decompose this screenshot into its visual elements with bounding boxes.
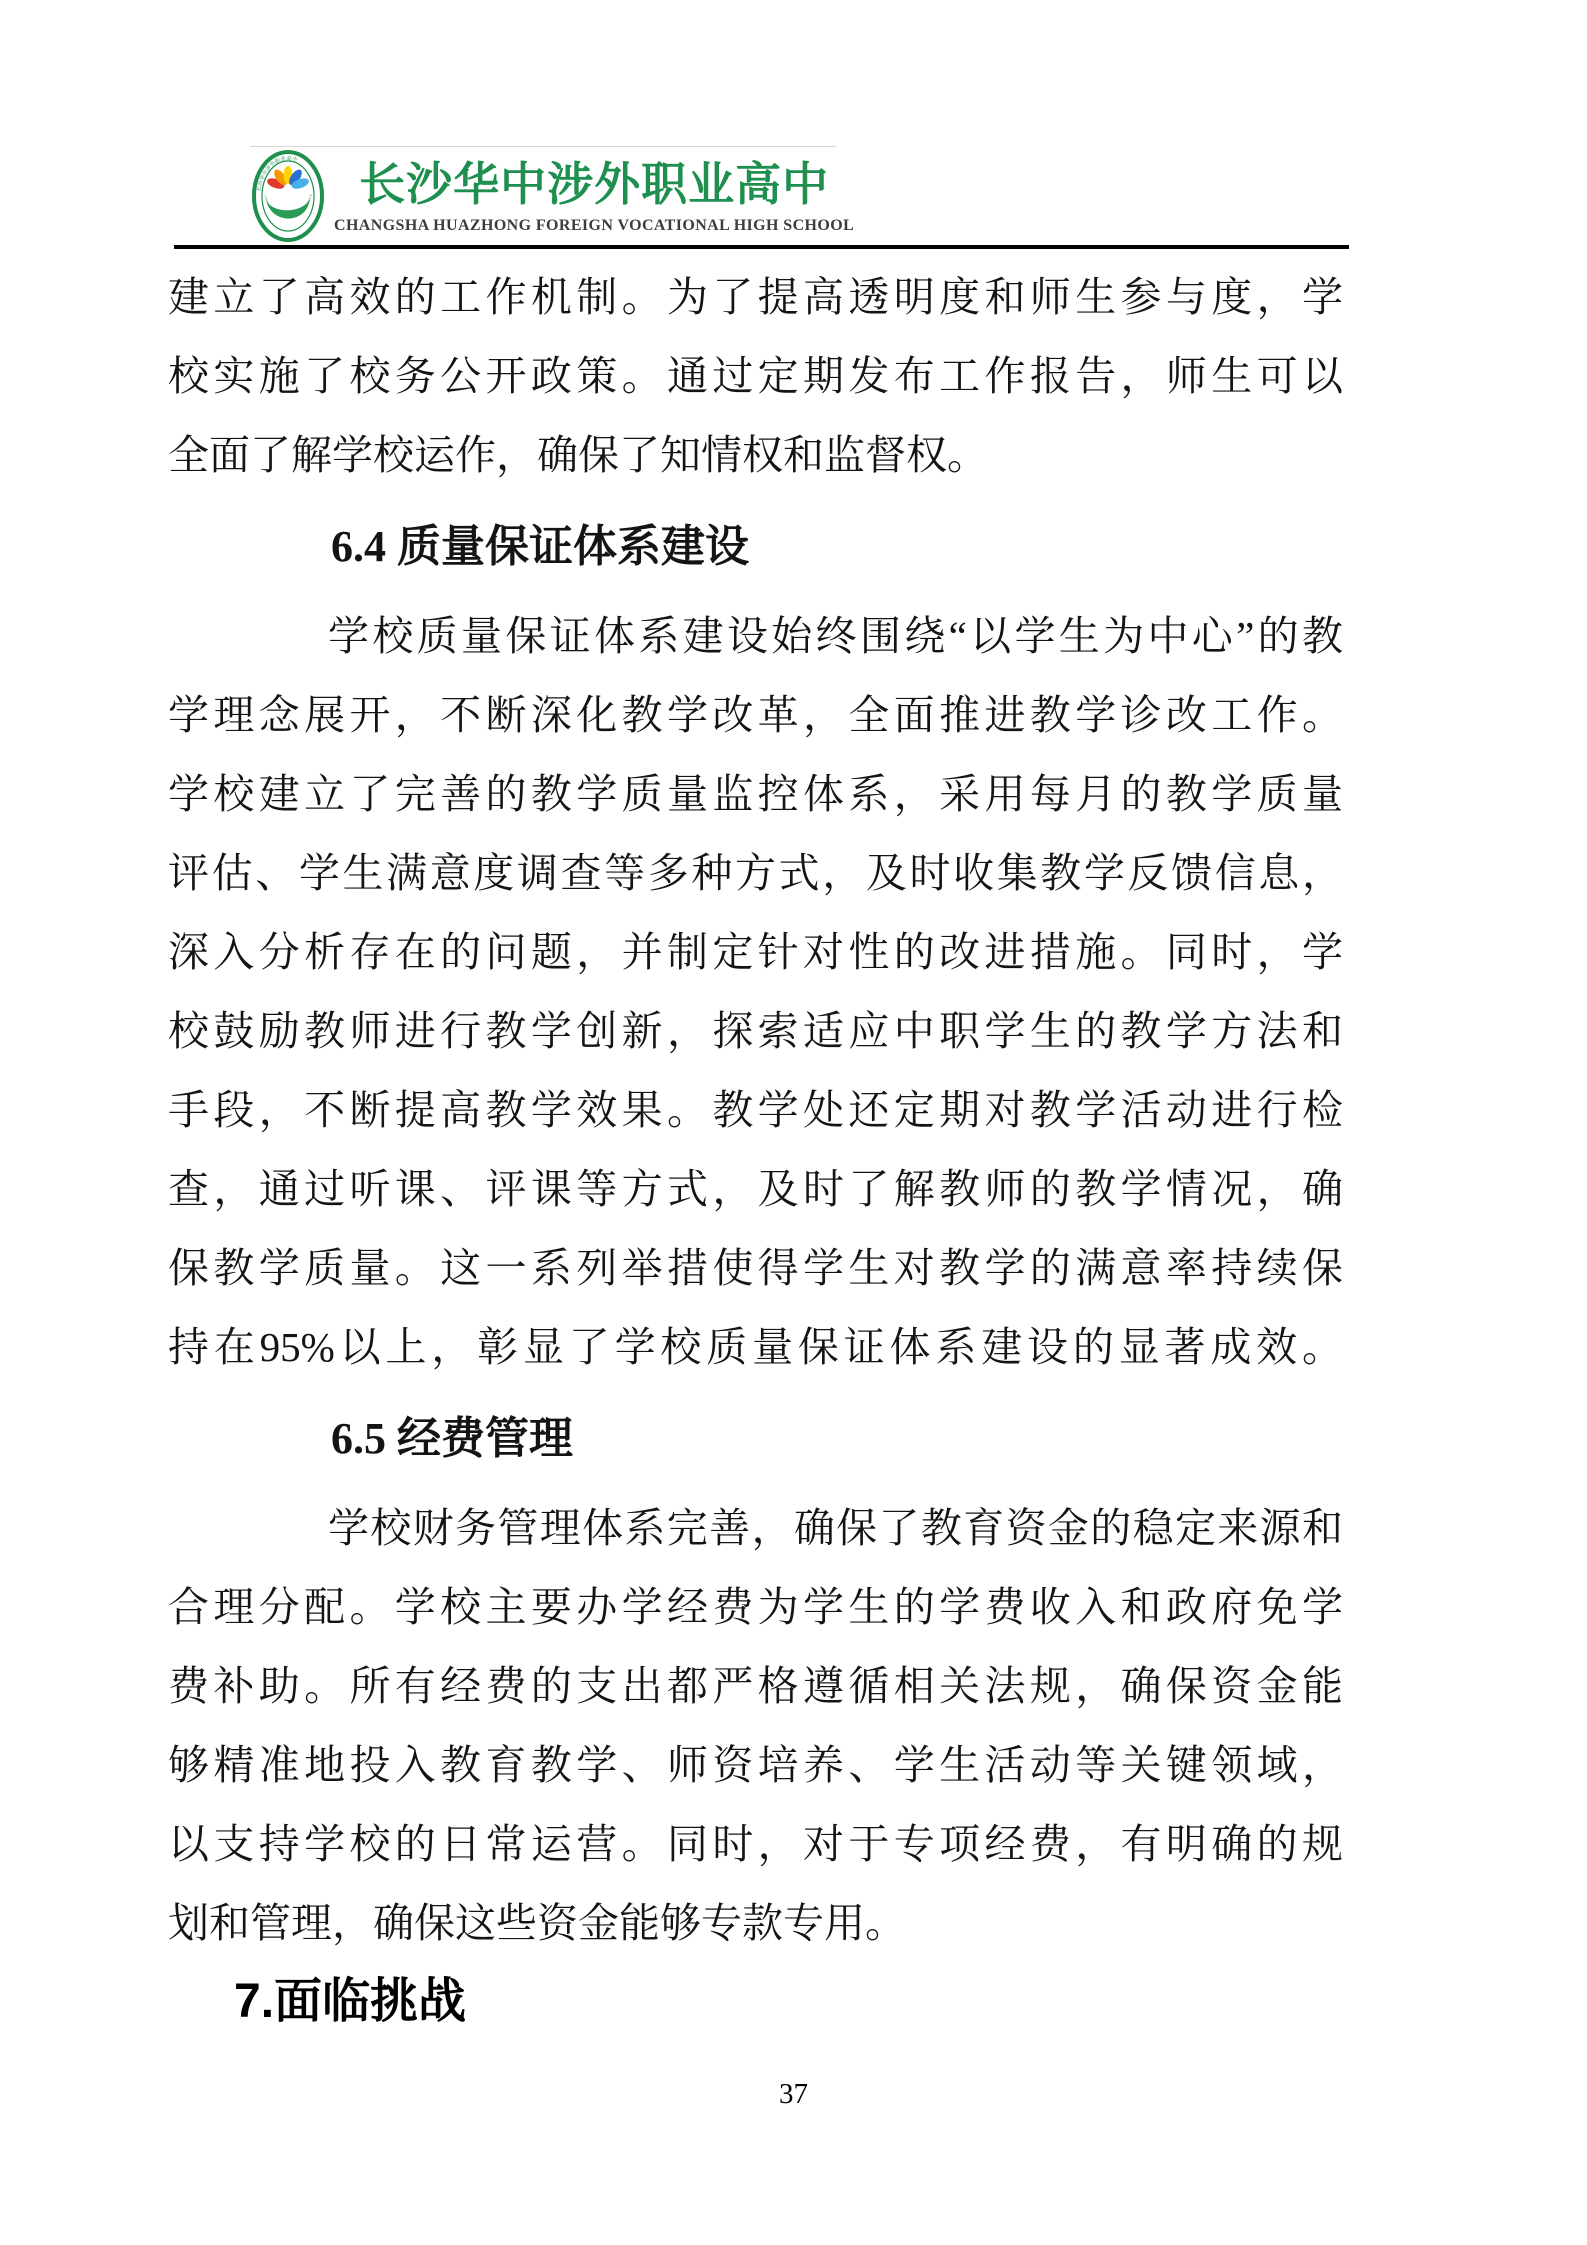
body-text-line: 深入分析存在的问题，并制定针对性的改进措施。同时，学 — [168, 913, 1343, 992]
section-heading: 6.4 质量保证体系建设 — [168, 507, 1343, 587]
section-heading: 7.面临挑战 — [168, 1969, 1343, 2035]
body-text-line: 够精准地投入教育教学、师资培养、学生活动等关键领域， — [168, 1726, 1343, 1805]
body-text-line: 查，通过听课、评课等方式，及时了解教师的教学情况，确 — [168, 1150, 1343, 1229]
body-text-line: 费补助。所有经费的支出都严格遵循相关法规，确保资金能 — [168, 1647, 1343, 1726]
school-name-cn: 长沙华中涉外职业高中 — [334, 155, 854, 215]
document-body: 建立了高效的工作机制。为了提高透明度和师生参与度，学校实施了校务公开政策。通过定… — [168, 258, 1343, 2035]
body-text-line: 评估、学生满意度调查等多种方式，及时收集教学反馈信息， — [168, 834, 1343, 913]
body-text-line: 全面了解学校运作，确保了知情权和监督权。 — [168, 416, 1343, 495]
body-text-line: 合理分配。学校主要办学经费为学生的学费收入和政府免学 — [168, 1568, 1343, 1647]
section-heading: 6.5 经费管理 — [168, 1399, 1343, 1479]
body-text-line: 持在95%以上，彰显了学校质量保证体系建设的显著成效。 — [168, 1308, 1343, 1387]
body-text-line: 保教学质量。这一系列举措使得学生对教学的满意率持续保 — [168, 1229, 1343, 1308]
paragraph: 学校财务管理体系完善，确保了教育资金的稳定来源和合理分配。学校主要办学经费为学生… — [168, 1489, 1343, 1963]
header-divider — [174, 245, 1349, 249]
school-name-en: CHANGSHA HUAZHONG FOREIGN VOCATIONAL HIG… — [334, 215, 854, 237]
body-text-line: 划和管理，确保这些资金能够专款专用。 — [168, 1884, 1343, 1963]
body-text-line: 学校财务管理体系完善，确保了教育资金的稳定来源和 — [168, 1489, 1343, 1568]
body-text-line: 校鼓励教师进行教学创新，探索适应中职学生的教学方法和 — [168, 992, 1343, 1071]
body-text-line: 学校建立了完善的教学质量监控体系，采用每月的教学质量 — [168, 755, 1343, 834]
body-text-line: 校实施了校务公开政策。通过定期发布工作报告，师生可以 — [168, 337, 1343, 416]
body-text-line: 手段，不断提高教学效果。教学处还定期对教学活动进行检 — [168, 1071, 1343, 1150]
body-text-line: 建立了高效的工作机制。为了提高透明度和师生参与度，学 — [168, 258, 1343, 337]
school-emblem: 长沙华中涉外职业高中 CHANGSHA HUAZHONG FOREIGN VOC… — [250, 148, 326, 244]
body-text-line: 以支持学校的日常运营。同时，对于专项经费，有明确的规 — [168, 1805, 1343, 1884]
school-logo: 长沙华中涉外职业高中 CHANGSHA HUAZHONG FOREIGN VOC… — [334, 155, 854, 237]
body-text-line: 学理念展开，不断深化教学改革，全面推进教学诊改工作。 — [168, 676, 1343, 755]
body-text-line: 学校质量保证体系建设始终围绕“以学生为中心”的教 — [168, 597, 1343, 676]
document-page: 长沙华中涉外职业高中 CHANGSHA HUAZHONG FOREIGN VOC… — [0, 0, 1587, 2245]
page-number: 37 — [779, 2078, 808, 2110]
paragraph: 学校质量保证体系建设始终围绕“以学生为中心”的教学理念展开，不断深化教学改革，全… — [168, 597, 1343, 1387]
page-footer: 37 — [0, 2078, 1587, 2111]
paragraph: 建立了高效的工作机制。为了提高透明度和师生参与度，学校实施了校务公开政策。通过定… — [168, 258, 1343, 495]
page-header: 长沙华中涉外职业高中 CHANGSHA HUAZHONG FOREIGN VOC… — [250, 146, 836, 245]
